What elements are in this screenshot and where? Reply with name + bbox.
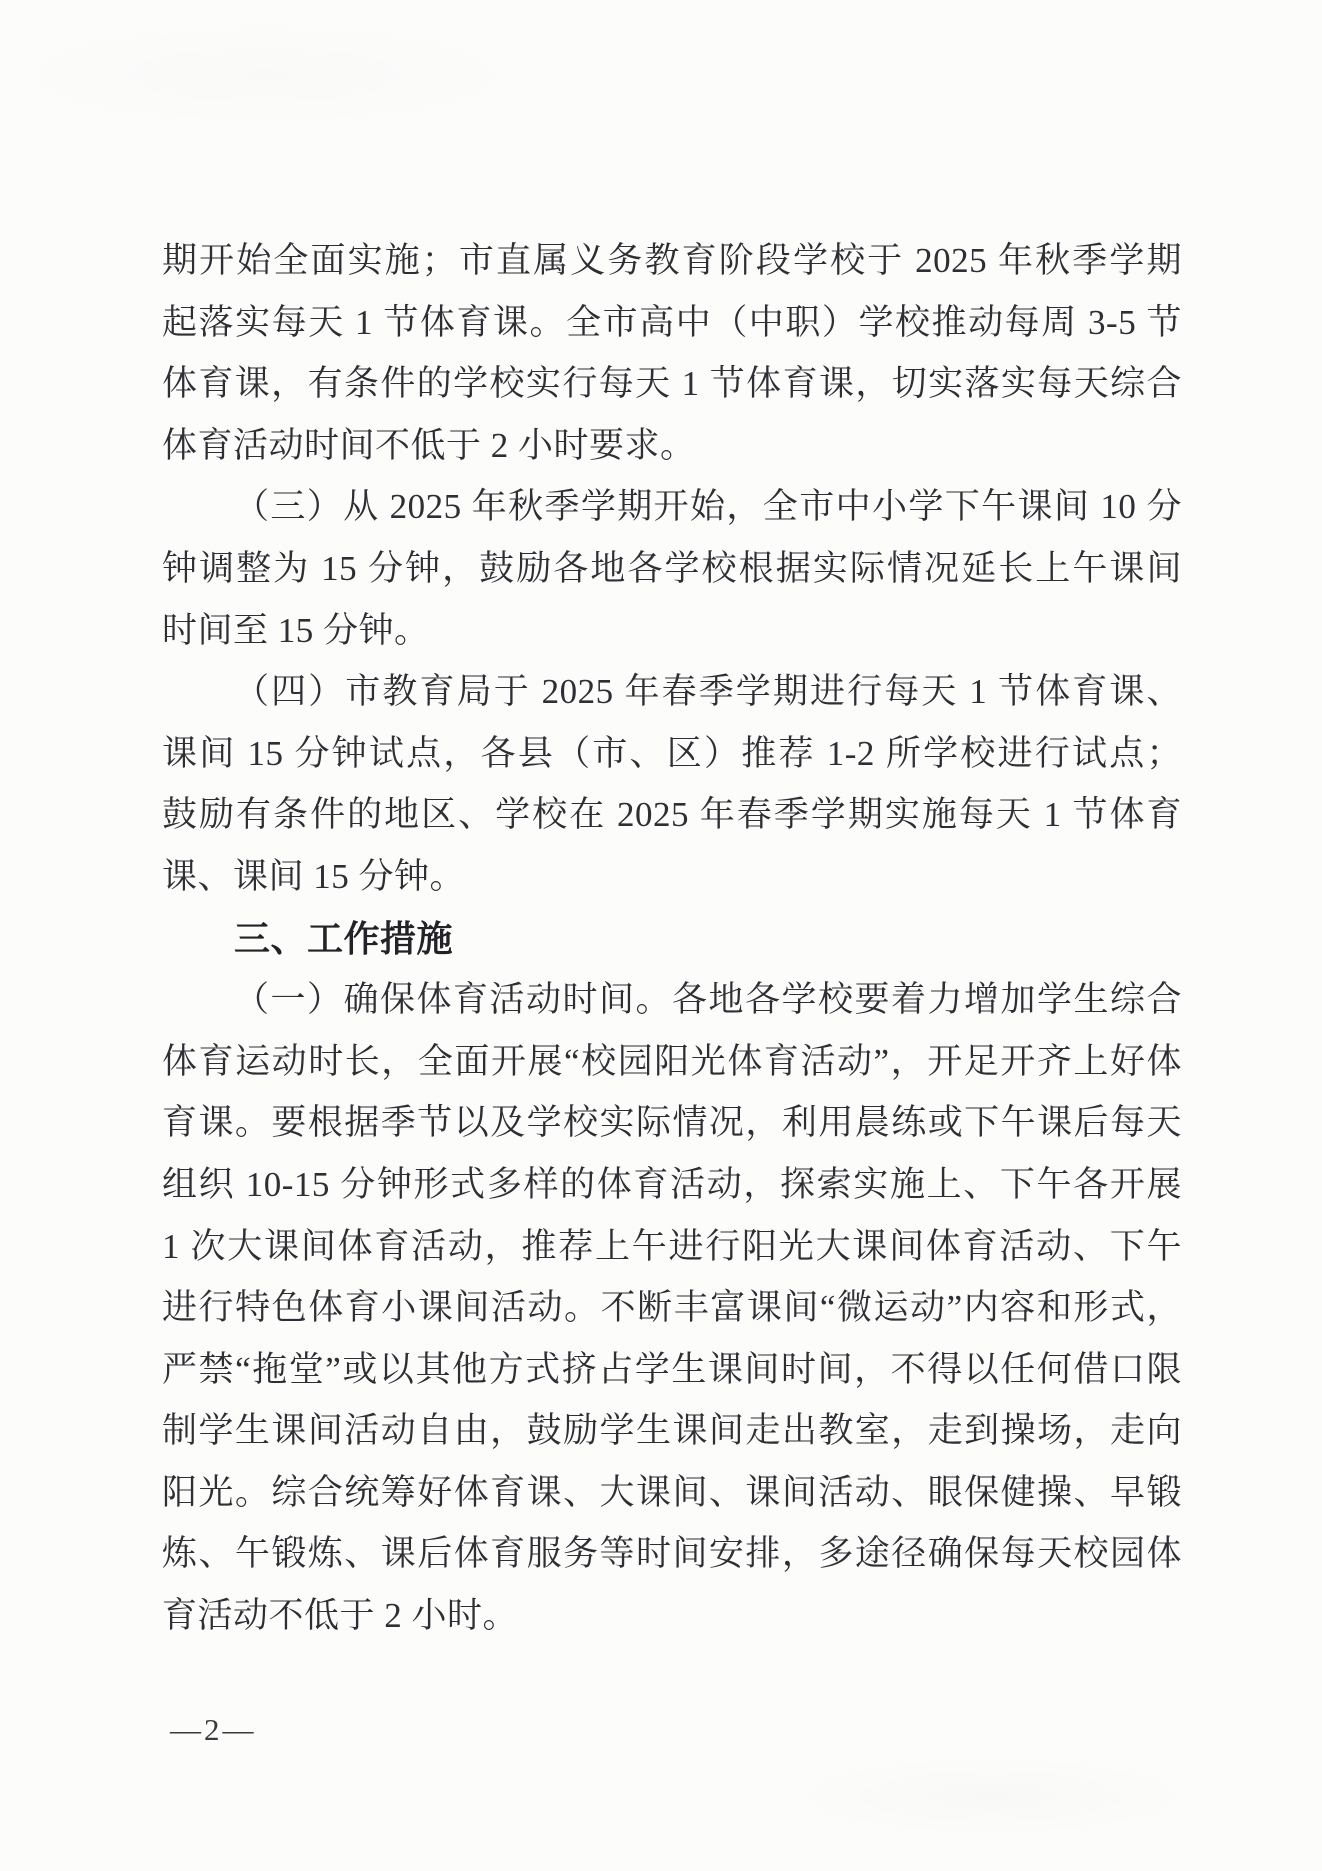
text-line: 育课。要根据季节以及学校实际情况，利用晨练或下午课后每天	[162, 1092, 1182, 1154]
text-line: （一）确保体育活动时间。各地各学校要着力增加学生综合	[162, 969, 1182, 1031]
text-line: 钟调整为 15 分钟，鼓励各地各学校根据实际情况延长上午课间	[162, 538, 1182, 600]
text-line: （三）从 2025 年秋季学期开始，全市中小学下午课间 10 分	[162, 476, 1182, 538]
text-line: 体育运动时长，全面开展“校园阳光体育活动”，开足开齐上好体	[162, 1031, 1182, 1093]
page-number: —2—	[170, 1712, 257, 1748]
text-line: 体育活动时间不低于 2 小时要求。	[162, 415, 1182, 477]
text-line: 进行特色体育小课间活动。不断丰富课间“微运动”内容和形式，	[162, 1277, 1182, 1339]
text-line: 课、课间 15 分钟。	[162, 846, 1182, 908]
text-line: 制学生课间活动自由，鼓励学生课间走出教室，走到操场，走向	[162, 1400, 1182, 1462]
text-line: 鼓励有条件的地区、学校在 2025 年春季学期实施每天 1 节体育	[162, 784, 1182, 846]
text-line: 体育课，有条件的学校实行每天 1 节体育课，切实落实每天综合	[162, 353, 1182, 415]
text-line: 阳光。综合统筹好体育课、大课间、课间活动、眼保健操、早锻	[162, 1462, 1182, 1524]
text-line: 组织 10-15 分钟形式多样的体育活动，探索实施上、下午各开展	[162, 1154, 1182, 1216]
document-page: 期开始全面实施；市直属义务教育阶段学校于 2025 年秋季学期 起落实每天 1 …	[0, 0, 1322, 1871]
text-line: 课间 15 分钟试点，各县（市、区）推荐 1-2 所学校进行试点；	[162, 723, 1182, 785]
text-line: 严禁“拖堂”或以其他方式挤占学生课间时间，不得以任何借口限	[162, 1339, 1182, 1401]
text-line: 炼、午锻炼、课后体育服务等时间安排，多途径确保每天校园体	[162, 1523, 1182, 1585]
section-heading: 三、工作措施	[162, 908, 1182, 970]
text-line: 期开始全面实施；市直属义务教育阶段学校于 2025 年秋季学期	[162, 230, 1182, 292]
text-line: 起落实每天 1 节体育课。全市高中（中职）学校推动每周 3-5 节	[162, 292, 1182, 354]
text-line: （四）市教育局于 2025 年春季学期进行每天 1 节体育课、	[162, 661, 1182, 723]
text-line: 1 次大课间体育活动，推荐上午进行阳光大课间体育活动、下午	[162, 1216, 1182, 1278]
text-line: 时间至 15 分钟。	[162, 600, 1182, 662]
text-line: 育活动不低于 2 小时。	[162, 1585, 1182, 1647]
text-block: 期开始全面实施；市直属义务教育阶段学校于 2025 年秋季学期 起落实每天 1 …	[162, 230, 1182, 1647]
